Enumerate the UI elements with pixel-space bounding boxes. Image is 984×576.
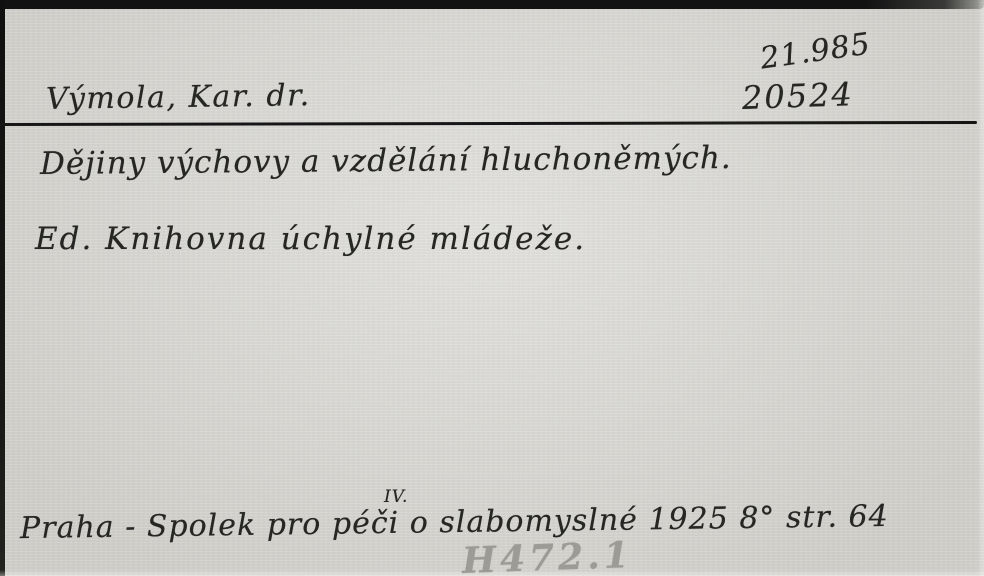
insertion-mark: IV. xyxy=(384,487,408,507)
card-paper: 21.985 20524 Výmola, Kar. dr. Dějiny výc… xyxy=(0,0,984,576)
pencil-shelfmark: H472.1 xyxy=(461,534,633,576)
scan-edge-left xyxy=(0,0,5,576)
scan-edge-right xyxy=(977,0,984,576)
series-note: Ed. Knihovna úchylné mládeže. xyxy=(35,221,586,257)
scanned-catalog-card: 21.985 20524 Výmola, Kar. dr. Dějiny výc… xyxy=(0,0,984,576)
heading-rule-line xyxy=(0,121,977,126)
accession-number-bottom: 20524 xyxy=(741,75,854,117)
imprint-line: Praha - Spolek pro péči o slabomyslné 19… xyxy=(20,499,889,546)
accession-number-top: 21.985 xyxy=(758,26,873,76)
book-title: Dějiny výchovy a vzdělání hluchoněmých. xyxy=(40,140,732,182)
scan-edge-top xyxy=(0,0,984,9)
author-heading: Výmola, Kar. dr. xyxy=(46,78,311,117)
